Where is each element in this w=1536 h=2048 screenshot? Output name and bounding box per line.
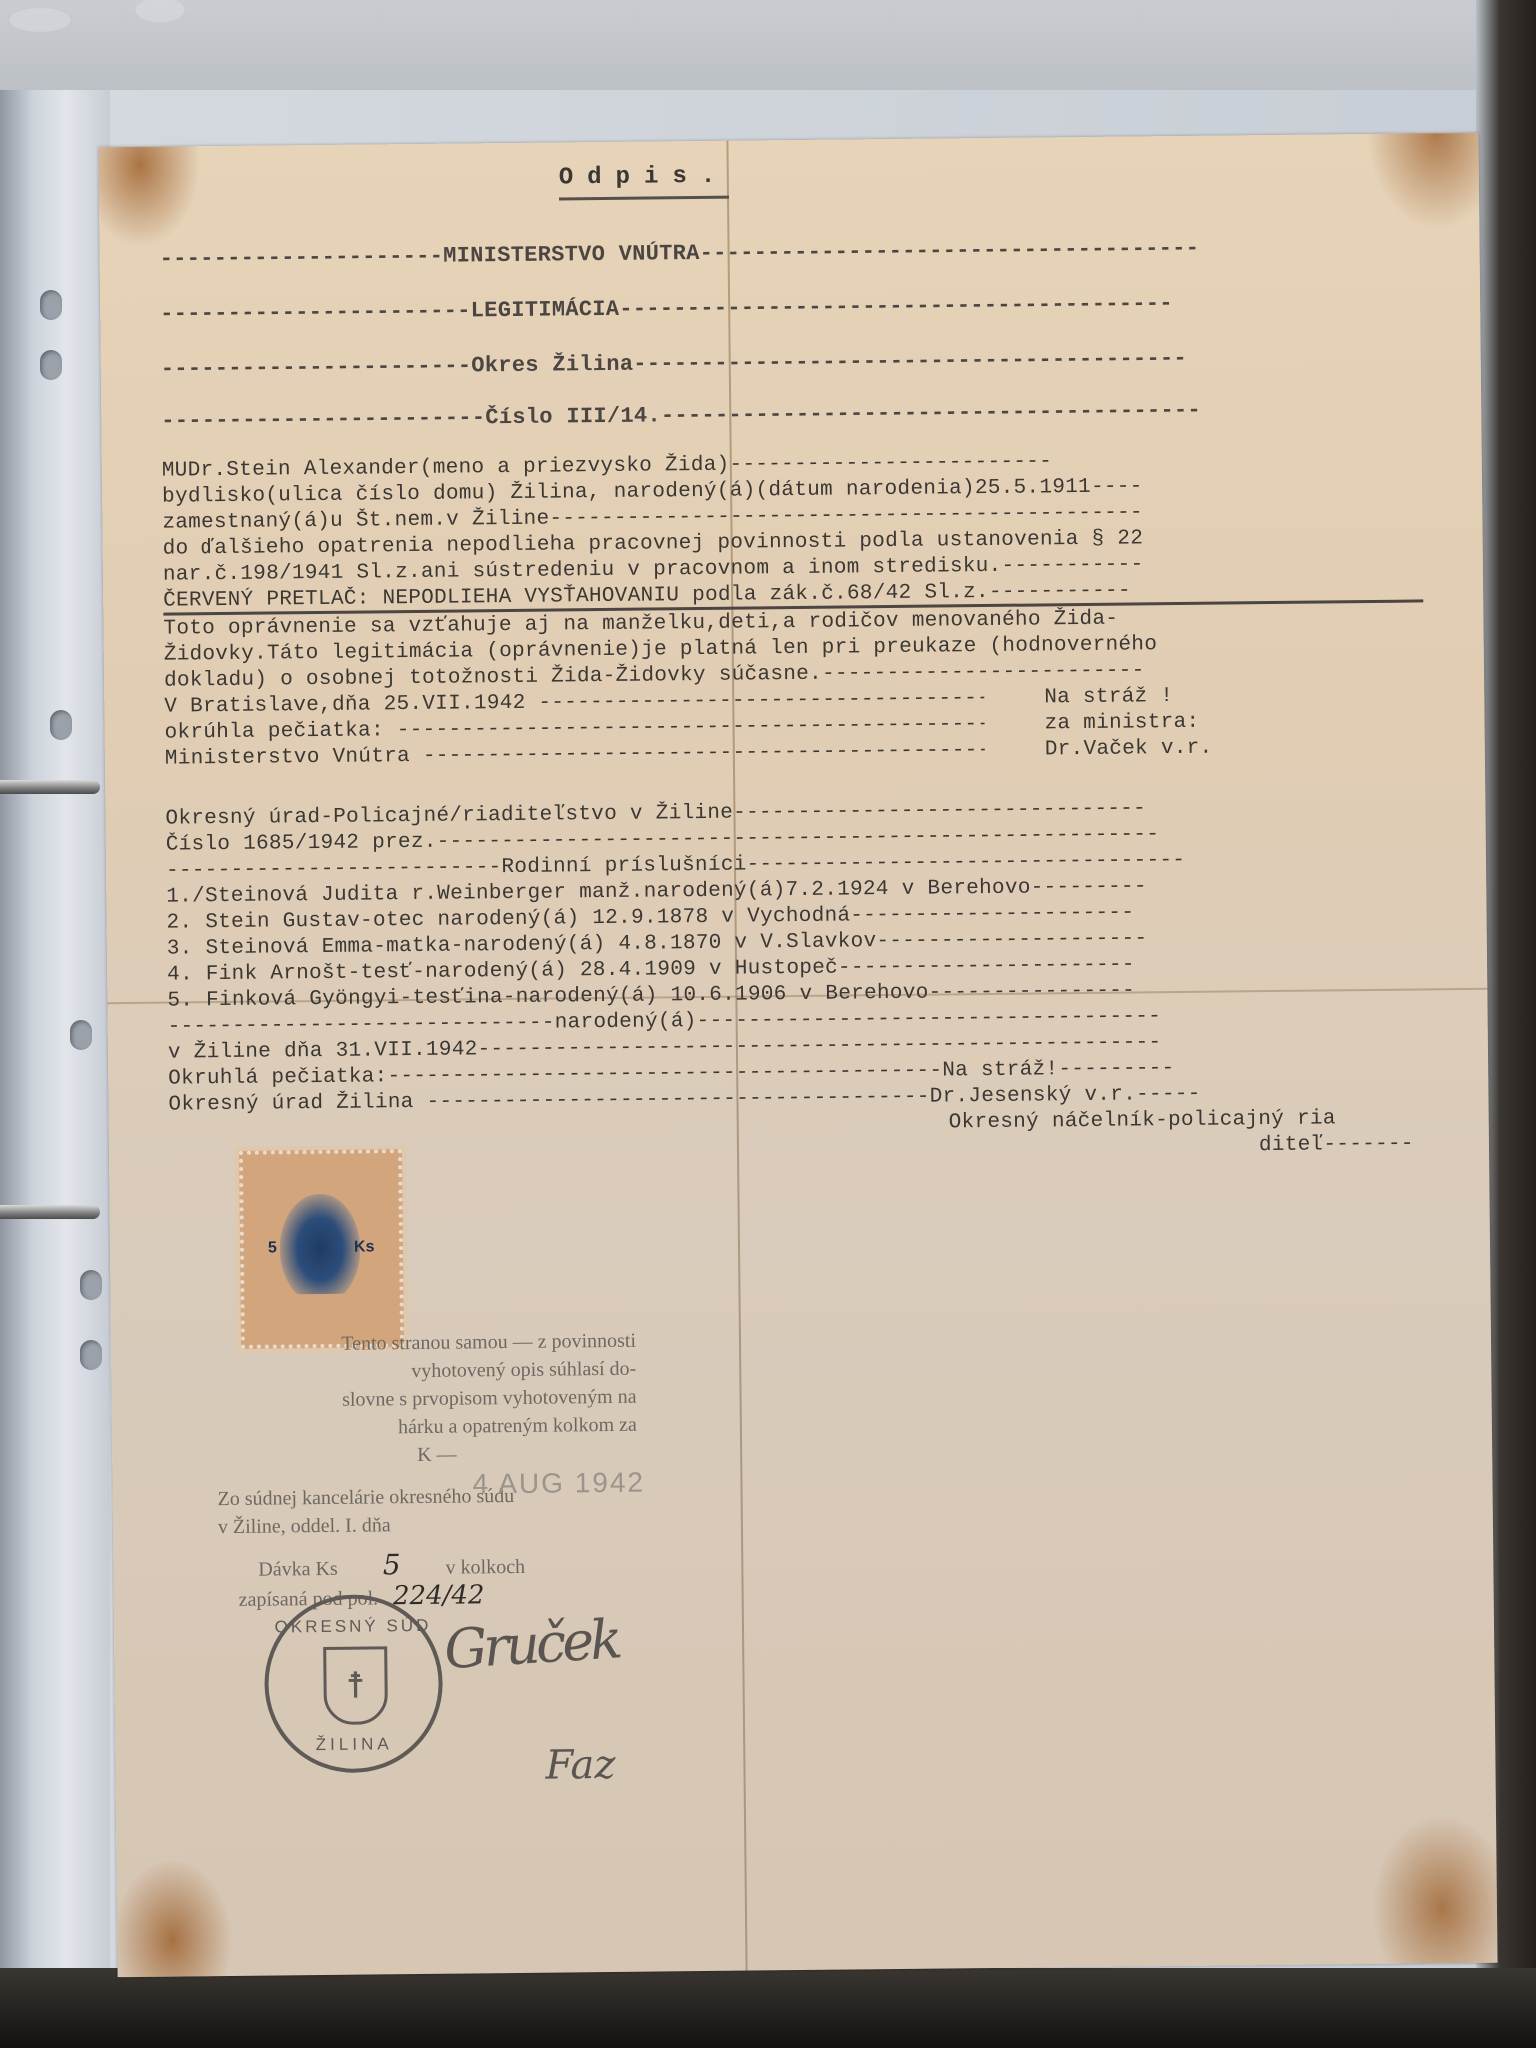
punch-hole-icon: [80, 1340, 102, 1370]
double-cross-icon: ☨: [323, 1646, 388, 1725]
header-district: -----------------------Okres Žilina-----…: [161, 343, 1441, 382]
date-stamp: 4 AUG 1942: [472, 1467, 645, 1501]
typed-text: ---------------------MINISTERSTVO VNÚTRA…: [158, 133, 1449, 1186]
court-line: Tento stranou samou — z povinnosti: [216, 1327, 636, 1359]
header-number: ------------------------Číslo III/14.---…: [161, 395, 1441, 434]
fee-row: Dávka Ks 5 v kolkoch: [218, 1549, 638, 1584]
court-office: v Žiline, oddel. I. dňa: [218, 1509, 638, 1541]
closing-title: Okresný náčelník-policajný ria: [949, 1106, 1336, 1136]
revenue-stamp: 5 Ks: [239, 1149, 404, 1349]
binder-ring-icon: [0, 780, 100, 794]
court-line: slovne s prvopisom vyhotoveným na: [216, 1383, 636, 1415]
binder-strip: [0, 90, 110, 2030]
court-line: vyhotovený opis súhlasí do-: [216, 1355, 636, 1387]
header-legitimation: -----------------------LEGITIMÁCIA------…: [160, 288, 1440, 327]
punch-hole-icon: [40, 290, 62, 320]
fee-suffix: v kolkoch: [446, 1556, 526, 1579]
punch-hole-icon: [70, 1020, 92, 1050]
signoff-signatory: Dr.Vaček v.r.: [1045, 736, 1213, 764]
header-ministry: ---------------------MINISTERSTVO VNÚTRA…: [160, 233, 1440, 272]
signature: Gruček: [442, 1607, 620, 1681]
binder-bottom: [0, 1968, 1536, 2048]
binder-ring-icon: [0, 1205, 100, 1219]
fee-value: 5: [343, 1548, 441, 1582]
signature-initials: Faz: [545, 1742, 615, 1789]
seal-text-top: OKRESNÝ SÚD: [268, 1616, 438, 1638]
stamp-currency: Ks: [354, 1238, 375, 1256]
lace-doily: [0, 0, 220, 90]
punch-hole-icon: [50, 710, 72, 740]
document-page: Odpis. ---------------------MINISTERSTVO…: [98, 133, 1497, 1977]
fee-label: Dávka Ks: [258, 1558, 338, 1581]
signoff-na-straz: Na stráž !: [1044, 684, 1173, 711]
stamp-value: 5: [268, 1239, 277, 1257]
seal-text-bottom: ŽILINA: [269, 1734, 439, 1756]
court-seal: OKRESNÝ SÚD ☨ ŽILINA: [264, 1594, 444, 1774]
signoff-za-ministra: za ministra:: [1044, 710, 1199, 738]
punch-hole-icon: [80, 1270, 102, 1300]
punch-hole-icon: [40, 350, 62, 380]
closing-title: diteľ-------: [1259, 1132, 1414, 1160]
court-line: hárku a opatreným kolkom za: [217, 1411, 637, 1443]
court-line: K —: [217, 1439, 637, 1471]
stamp-figure-icon: [279, 1194, 360, 1295]
